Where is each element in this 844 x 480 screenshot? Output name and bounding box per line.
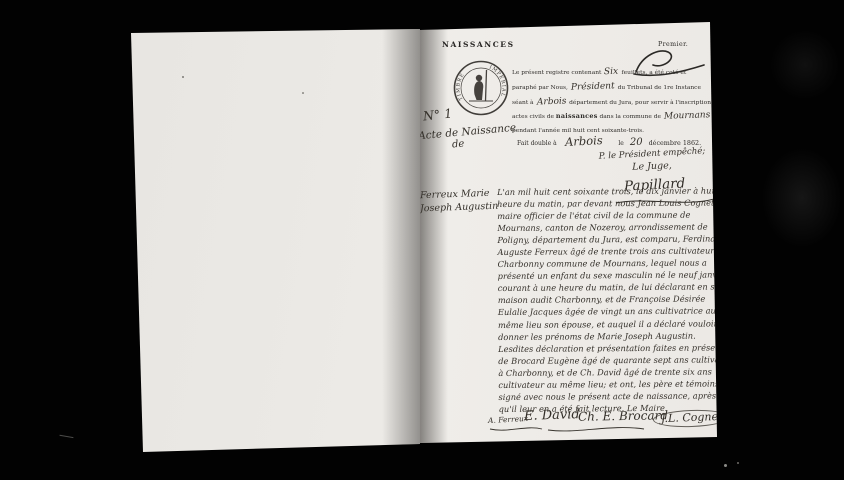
background-mark bbox=[59, 429, 74, 438]
left-page-gutter-shadow bbox=[382, 29, 420, 452]
right-page: NAISSANCES Premier. TIMBRE IMPERIAL bbox=[0, 0, 844, 480]
background-speck bbox=[737, 462, 739, 464]
handwriting-line: donner les prénoms de Marie Joseph Augus… bbox=[498, 329, 717, 343]
certification-line: Fait double à Arbois le 20 décembre 1862… bbox=[517, 134, 701, 148]
stamp-figure bbox=[469, 70, 493, 101]
handwritten-fill: Arbois bbox=[536, 95, 566, 110]
preamble-line: séant àArboisdépartement du Jura, pour s… bbox=[512, 96, 714, 111]
delegation-note: P. le Président empêché; Le Juge, bbox=[588, 149, 716, 172]
preamble-line: paraphé par Nous,Présidentdu Tribunal de… bbox=[512, 81, 714, 96]
handwriting-line: même lieu son épouse, et auquel il a déc… bbox=[498, 317, 717, 331]
signature-mayor: J.L. Cognet bbox=[653, 409, 731, 429]
printed-text: séant à bbox=[512, 100, 534, 106]
background-shadow-blob bbox=[770, 30, 840, 100]
printed-text: Le présent registre contenant bbox=[512, 70, 601, 76]
printed-text: le bbox=[618, 140, 623, 147]
preamble-line: Le présent registre contenantSixfeuillet… bbox=[512, 66, 714, 81]
stamp-ring-text-right: IMPERIAL bbox=[488, 64, 507, 98]
margin-child-name: Ferreux Marie bbox=[420, 188, 490, 201]
handwritten-fill: Président bbox=[571, 80, 615, 95]
handwritten-fill: Mournans bbox=[664, 110, 711, 125]
section-label: NAISSANCES bbox=[442, 40, 515, 49]
handwritten-day: 20 bbox=[630, 137, 643, 148]
scanned-register-photo: NAISSANCES Premier. TIMBRE IMPERIAL bbox=[0, 0, 844, 480]
printed-text: feuillets, a été coté et bbox=[622, 70, 687, 76]
right-page-gutter-shadow bbox=[420, 22, 448, 443]
preamble: Le présent registre contenantSixfeuillet… bbox=[512, 66, 714, 139]
acte-body: L'an mil huit cent soixante trois, le di… bbox=[497, 184, 718, 414]
handwritten-place: Arbois bbox=[564, 133, 602, 149]
printed-text: dans la commune de bbox=[600, 114, 661, 120]
background-shadow-blob bbox=[762, 148, 842, 248]
signature-witness: E. David bbox=[524, 407, 580, 424]
act-number: N° 1 bbox=[422, 106, 453, 124]
paper-speck bbox=[302, 92, 304, 94]
printed-text: actes civils de bbox=[512, 114, 554, 120]
background-speck bbox=[724, 464, 727, 467]
printed-text: du Tribunal de 1re Instance bbox=[618, 85, 701, 91]
timbre-imperial-stamp: TIMBRE IMPERIAL bbox=[452, 59, 510, 117]
handwriting-line: Lesdites déclaration et présentation fai… bbox=[498, 341, 717, 355]
margin-child-name: Joseph Augustin bbox=[420, 201, 499, 215]
handwritten-fill: Six bbox=[604, 66, 619, 80]
act-title-continuation: de bbox=[452, 138, 465, 150]
handwriting-line: de Brocard Eugène âgé de quarante sept a… bbox=[498, 353, 717, 367]
printed-text: Fait double à bbox=[517, 140, 557, 147]
preamble-line: actes civils de naissances dans la commu… bbox=[512, 110, 714, 125]
handwriting-line: Eulalie Jacques âgée de vingt un ans cul… bbox=[498, 305, 717, 319]
printed-text: paraphé par Nous, bbox=[512, 85, 568, 91]
paper-speck bbox=[182, 76, 184, 78]
handwriting-line: signé avec nous le présent acte de naiss… bbox=[498, 389, 717, 403]
signature-underline-flourish bbox=[486, 423, 648, 433]
printed-text-bold: naissances bbox=[556, 112, 598, 120]
printed-text: département du Jura, pour servir à l'ins… bbox=[569, 100, 723, 106]
